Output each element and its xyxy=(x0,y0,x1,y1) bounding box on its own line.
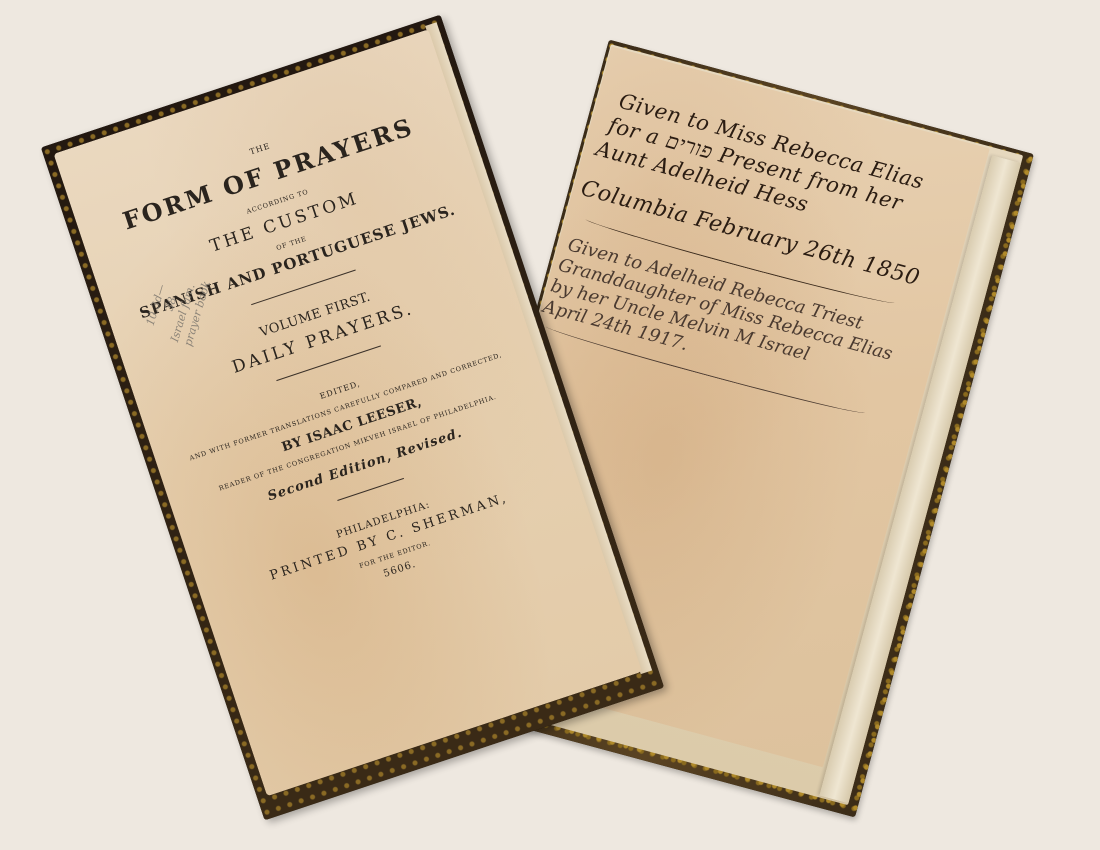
divider xyxy=(337,478,404,501)
pencil-note: 10.3d— 38 Israel fam. prayer book xyxy=(139,267,214,354)
title-page: THE FORM OF PRAYERS ACCORDING TO THE CUS… xyxy=(54,29,643,796)
left-book-title-page: THE FORM OF PRAYERS ACCORDING TO THE CUS… xyxy=(41,15,664,821)
printer: PRINTED BY C. SHERMAN, xyxy=(199,468,579,607)
